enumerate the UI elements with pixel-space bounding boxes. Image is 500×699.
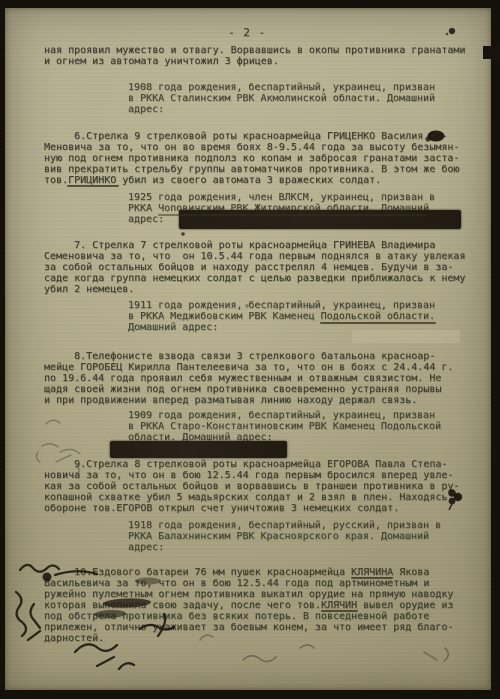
service-record-1918: 1918 года рождения, беспартийный, русски… <box>128 520 441 553</box>
pen-underline-rvk-zhitomir <box>158 214 426 216</box>
page-number: - 2 - <box>228 27 266 38</box>
continuation-paragraph: ная проявил мужество и отвагу. Ворвавшис… <box>44 45 465 67</box>
service-record-1909: 1909 года рождения, беспартийный, украин… <box>128 410 441 443</box>
pen-underline-gritsinko <box>67 185 119 187</box>
document-scan: - 2 - ная проявил мужество и отвагу. Вор… <box>0 0 500 699</box>
redaction-bar-1 <box>179 210 461 229</box>
erased-patch <box>352 330 460 343</box>
citation-paragraph-9: 9.Стрелка 8 стрелковой роты красноармейц… <box>44 459 459 514</box>
citation-paragraph-10: 10.Ездового батареи 76 мм пушек красноар… <box>44 567 453 644</box>
service-record-1911: 1911 года рождения, беспартийный, украин… <box>128 300 435 333</box>
citation-paragraph-6: 6.Стрелка 9 стрелковой роты красноармейц… <box>44 131 459 186</box>
pen-underline-podolskoy <box>320 322 436 324</box>
pen-underline-klyachina <box>351 577 393 579</box>
pen-underline-klyachin <box>321 610 358 612</box>
redaction-bar-2 <box>110 441 287 458</box>
citation-paragraph-8: 8.Телефонисте взвода связи 3 стрелкового… <box>44 351 453 406</box>
service-record-1908: 1908 года рождения, беспартийный, украин… <box>128 82 435 115</box>
citation-paragraph-7: 7. Стрелка 7 стрелковой роты красноармей… <box>44 240 465 295</box>
